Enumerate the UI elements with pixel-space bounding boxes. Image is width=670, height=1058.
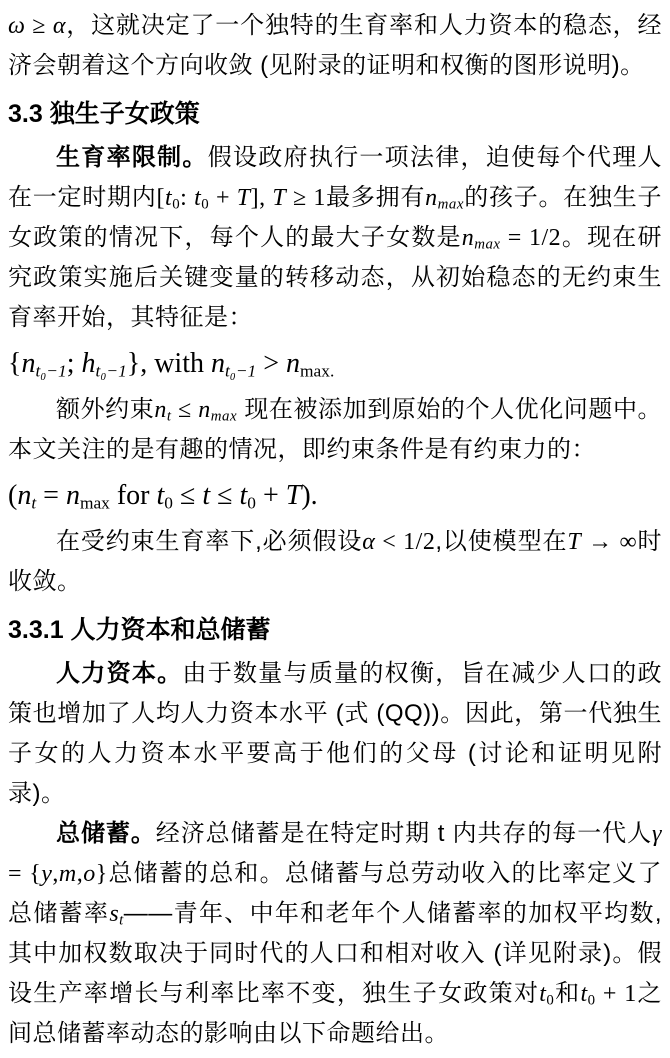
text-segment: n: [425, 185, 438, 211]
paragraph-additional-constraint: 额外约束nt ≤ nmax 现在被添加到原始的个人优化问题中。本文关注的是有趣的…: [8, 390, 662, 470]
text-segment: n: [66, 480, 80, 511]
text-segment: γ: [652, 821, 662, 847]
text-segment: t₀−1: [225, 361, 256, 380]
text-segment: 0: [201, 197, 209, 213]
paragraph-steady-state-continuation: ω ≥ α，这就决定了一个独特的生育率和人力资本的稳态，经济会朝着这个方向收敛 …: [8, 6, 662, 86]
text-segment: t₀−1: [35, 361, 66, 380]
text-segment: >: [256, 348, 286, 379]
text-segment: T: [237, 185, 251, 211]
document-content: ω ≥ α，这就决定了一个独特的生育率和人力资本的稳态，经济会朝着这个方向收敛 …: [8, 6, 662, 1054]
text-segment: :: [180, 185, 194, 211]
text-segment: }: [96, 861, 108, 887]
text-segment: 3.3.1 人力资本和总储蓄: [8, 616, 271, 644]
subsection-heading-human-capital-savings: 3.3.1 人力资本和总储蓄: [8, 610, 662, 650]
text-segment: ≤: [173, 480, 202, 511]
text-segment: ω: [8, 13, 25, 39]
text-segment: = {: [8, 861, 41, 887]
text-segment: (: [8, 480, 17, 511]
text-segment: n: [154, 397, 167, 423]
text-segment: 3.3 独生子女政策: [8, 100, 200, 128]
text-segment: max: [80, 493, 110, 512]
paragraph-aggregate-savings: 总储蓄。经济总储蓄是在特定时期 t 内共存的每一代人γ = {y,m,o}总储蓄…: [8, 814, 662, 1054]
text-segment: n: [462, 225, 475, 251]
text-segment: max: [438, 197, 464, 213]
text-segment: α: [362, 529, 375, 555]
text-segment: =: [36, 480, 66, 511]
text-segment: ,以使模型在: [435, 528, 567, 555]
text-segment: [: [157, 185, 166, 211]
text-segment: = 1/2: [501, 225, 562, 251]
text-segment: 0: [164, 493, 173, 512]
text-segment: ≤: [210, 480, 239, 511]
text-segment: y: [41, 861, 52, 887]
text-segment: ≥: [25, 13, 52, 39]
text-segment: n: [198, 397, 211, 423]
text-segment: t: [202, 480, 210, 511]
text-segment: → ∞: [581, 529, 637, 555]
paragraph-human-capital: 人力资本。由于数量与质量的权衡，旨在减少人口的政策也增加了人均人力资本水平 (式…: [8, 654, 662, 814]
section-heading-one-child-policy: 3.3 独生子女政策: [8, 94, 662, 134]
text-segment: 总储蓄。: [56, 820, 156, 847]
text-segment: 最多拥有: [326, 184, 425, 211]
text-segment: m: [59, 861, 77, 887]
text-segment: ≤: [171, 397, 198, 423]
text-segment: 经济总储蓄是在特定时期 t 内共存的每一代人: [156, 820, 652, 847]
text-segment: n: [21, 348, 35, 379]
text-segment: for: [110, 480, 157, 511]
text-segment: 0: [588, 993, 596, 1009]
text-segment: 生育率限制。: [56, 144, 208, 171]
text-segment: +: [256, 480, 286, 511]
text-segment: t: [580, 981, 587, 1007]
text-segment: o: [83, 861, 96, 887]
text-segment: h: [82, 348, 96, 379]
text-segment: T: [286, 480, 302, 511]
text-segment: n: [286, 348, 300, 379]
text-segment: ],: [251, 185, 273, 211]
paragraph-fertility-limit: 生育率限制。假设政府执行一项法律，迫使每个代理人在一定时期内[t0: t0 + …: [8, 138, 662, 338]
text-segment: 额外约束: [56, 396, 154, 423]
text-segment: 和: [554, 980, 580, 1007]
text-segment: 人力资本。: [56, 660, 182, 687]
text-segment: + 1: [596, 981, 637, 1007]
text-segment: s: [109, 901, 119, 927]
text-segment: ，这就决定了一个独特的生育率和人力资本的稳态，经济会朝着这个方向收敛 (见附录的…: [8, 12, 662, 79]
text-segment: .: [330, 361, 334, 380]
text-segment: }, with: [127, 348, 211, 379]
text-segment: 0: [172, 197, 180, 213]
text-segment: n: [17, 480, 31, 511]
text-segment: +: [209, 185, 237, 211]
text-segment: 在受约束生育率下,必须假设: [56, 528, 362, 555]
text-segment: ;: [67, 348, 82, 379]
text-segment: < 1/2: [375, 529, 435, 555]
text-segment: max: [474, 237, 500, 253]
text-segment: ).: [301, 480, 317, 511]
text-segment: n: [211, 348, 225, 379]
text-segment: max: [211, 409, 237, 425]
text-segment: max: [300, 361, 330, 380]
text-segment: ≥ 1: [286, 185, 326, 211]
text-segment: T: [567, 529, 581, 555]
text-segment: {: [8, 348, 21, 379]
text-segment: α: [53, 13, 66, 39]
document-page: ω ≥ α，这就决定了一个独特的生育率和人力资本的稳态，经济会朝着这个方向收敛 …: [0, 0, 670, 1058]
formula-unconstrained-fertility: {nt₀−1; ht₀−1}, with nt₀−1 > nmax.: [8, 340, 662, 388]
text-segment: 0: [247, 493, 256, 512]
text-segment: t₀−1: [96, 361, 127, 380]
text-segment: T: [272, 185, 286, 211]
formula-binding-constraint: (nt = nmax for t0 ≤ t ≤ t0 + T).: [8, 472, 662, 520]
paragraph-convergence-assumption: 在受约束生育率下,必须假设α < 1/2,以使模型在T → ∞时收敛。: [8, 522, 662, 602]
